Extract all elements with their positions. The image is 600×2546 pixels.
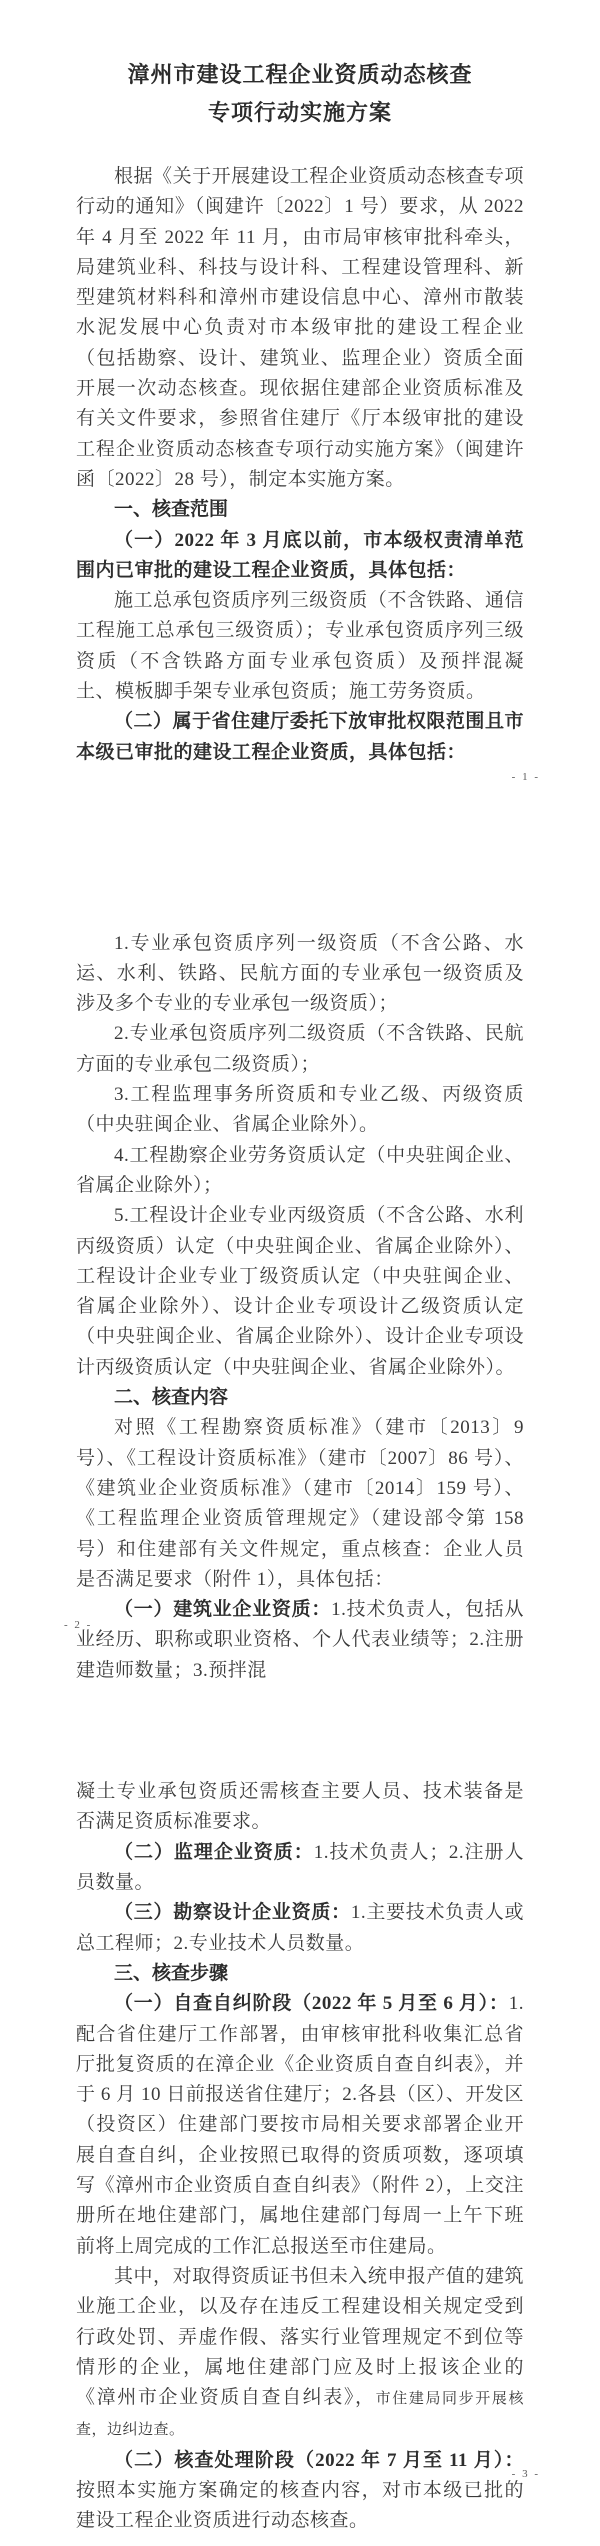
text-run: 5.工程设计企业专业丙级资质（不含公路、水利丙级资质）认定（中央驻闽企业、省属企… — [76, 1205, 524, 1377]
section-1-heading: 一、核查范围 — [76, 495, 524, 525]
doc-title-line-1: 漳州市建设工程企业资质动态核查 — [76, 56, 524, 94]
text-run: 1.专业承包资质序列一级资质（不含公路、水运、水利、铁路、民航方面的专业承包一级… — [76, 933, 524, 1015]
text-run: 对照《工程勘察资质标准》（建市〔2013〕9 号）、《工程设计资质标准》（建市〔… — [76, 1417, 524, 1589]
page-2: 1.专业承包资质序列一级资质（不含公路、水运、水利、铁路、民航方面的专业承包一级… — [0, 849, 600, 1698]
section-2-item-2: （二）监理企业资质：1.技术负责人；2.注册人员数量。 — [76, 1838, 524, 1899]
text-run: （一）2022 年 3 月底以前，市本级权责清单范围内已审批的建设工程企业资质，… — [76, 530, 524, 581]
section-2-intro: 对照《工程勘察资质标准》（建市〔2013〕9 号）、《工程设计资质标准》（建市〔… — [76, 1413, 524, 1595]
section-3-stage-1: （一）自查自纠阶段（2022 年 5 月至 6 月）：1.配合省住建厅工作部署，… — [76, 1989, 524, 2262]
doc-title-line-2: 专项行动实施方案 — [76, 94, 524, 132]
text-run: 三、核查步骤 — [114, 1963, 228, 1984]
text-run: （一）建筑业企业资质： — [114, 1599, 331, 1620]
page-3: 凝土专业承包资质还需核查主要人员、技术装备是否满足资质标准要求。（二）监理企业资… — [0, 1697, 600, 2546]
text-run: （一）自查自纠阶段（2022 年 5 月至 6 月）： — [114, 1993, 509, 2014]
text-run: 专项行动实施方案 — [208, 100, 392, 125]
text-run: （三）勘察设计企业资质： — [114, 1902, 351, 1923]
delegated-item-2: 2.专业承包资质序列二级资质（不含铁路、民航方面的专业承包二级资质）； — [76, 1019, 524, 1080]
text-run: （二）核查处理阶段（2022 年 7 月至 11 月）： — [114, 2450, 524, 2471]
text-run: 凝土专业承包资质还需核查主要人员、技术装备是否满足资质标准要求。 — [76, 1781, 524, 1832]
section-2-item-1: （一）建筑业企业资质：1.技术负责人，包括从业经历、职称或职业资格、个人代表业绩… — [76, 1595, 524, 1686]
text-run: 2.专业承包资质序列二级资质（不含铁路、民航方面的专业承包二级资质）； — [76, 1023, 524, 1074]
text-run: 按照本实施方案确定的核查内容，对市本级已批的建设工程企业资质进行动态核查。 — [76, 2480, 524, 2531]
section-1-item-2-lead: （二）属于省住建厅委托下放审批权限范围且市本级已审批的建设工程企业资质，具体包括… — [76, 707, 524, 768]
text-run: 二、核查内容 — [114, 1387, 228, 1408]
delegated-item-3: 3.工程监理事务所资质和专业乙级、丙级资质（中央驻闽企业、省属企业除外）。 — [76, 1080, 524, 1141]
page-number: - 1 - — [512, 771, 540, 783]
page-number: - 2 - — [64, 1619, 92, 1631]
text-run: 一、核查范围 — [114, 499, 228, 520]
text-run: 3.工程监理事务所资质和专业乙级、丙级资质（中央驻闽企业、省属企业除外）。 — [76, 1084, 524, 1135]
section-2-heading: 二、核查内容 — [76, 1383, 524, 1413]
section-1-item-1-lead: （一）2022 年 3 月底以前，市本级权责清单范围内已审批的建设工程企业资质，… — [76, 526, 524, 587]
intro-paragraph: 根据《关于开展建设工程企业资质动态核查专项行动的通知》（闽建许〔2022〕1 号… — [76, 162, 524, 495]
delegated-item-1: 1.专业承包资质序列一级资质（不含公路、水运、水利、铁路、民航方面的专业承包一级… — [76, 929, 524, 1020]
section-3-stage-2: （二）核查处理阶段（2022 年 7 月至 11 月）：按照本实施方案确定的核查… — [76, 2446, 524, 2537]
text-run: 漳州市建设工程企业资质动态核查 — [127, 62, 472, 87]
delegated-item-5: 5.工程设计企业专业丙级资质（不含公路、水利丙级资质）认定（中央驻闽企业、省属企… — [76, 1201, 524, 1383]
text-run: 1.配合省住建厅工作部署，由审核审批科收集汇总省厅批复资质的在漳企业《企业资质自… — [76, 1993, 524, 2256]
page-1: 漳州市建设工程企业资质动态核查专项行动实施方案根据《关于开展建设工程企业资质动态… — [0, 0, 600, 849]
page-number: - 3 - — [512, 2468, 540, 2480]
text-run: 4.工程勘察企业劳务资质认定（中央驻闽企业、省属企业除外）； — [76, 1145, 524, 1196]
section-2-item-3: （三）勘察设计企业资质：1.主要技术负责人或总工程师；2.专业技术人员数量。 — [76, 1898, 524, 1959]
text-run: （二）监理企业资质： — [114, 1842, 314, 1863]
text-run: （二）属于省住建厅委托下放审批权限范围且市本级已审批的建设工程企业资质，具体包括… — [76, 711, 524, 762]
document: 漳州市建设工程企业资质动态核查专项行动实施方案根据《关于开展建设工程企业资质动态… — [0, 0, 600, 2546]
text-run: 根据《关于开展建设工程企业资质动态核查专项行动的通知》（闽建许〔2022〕1 号… — [76, 166, 524, 490]
delegated-item-4: 4.工程勘察企业劳务资质认定（中央驻闽企业、省属企业除外）； — [76, 1141, 524, 1202]
section-2-item-1-continued: 凝土专业承包资质还需核查主要人员、技术装备是否满足资质标准要求。 — [76, 1777, 524, 1838]
text-run: 施工总承包资质序列三级资质（不含铁路、通信工程施工总承包三级资质）；专业承包资质… — [76, 590, 524, 702]
section-1-item-1-body: 施工总承包资质序列三级资质（不含铁路、通信工程施工总承包三级资质）；专业承包资质… — [76, 586, 524, 707]
section-3-stage-1-note: 其中，对取得资质证书但未入统申报产值的建筑业施工企业，以及存在违反工程建设相关规… — [76, 2262, 524, 2446]
text-run: 其中，对取得资质证书但未入统申报产值的建筑业施工企业，以及存在违反工程建设相关规… — [76, 2266, 524, 2408]
section-3-heading: 三、核查步骤 — [76, 1959, 524, 1989]
